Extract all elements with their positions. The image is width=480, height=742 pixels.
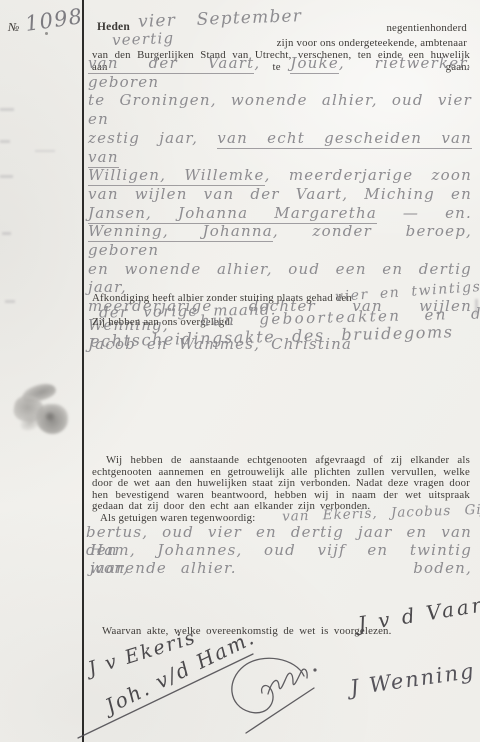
handwritten-text: — en. [377,204,472,222]
bleed-mark [2,232,11,235]
party-entry-line: te Groningen, wonende alhier, oud vier e… [88,91,472,128]
handwritten-text: Jouke [290,54,339,74]
year-printed: negentienhonderd [386,22,467,34]
signature-bride: J Wenning [349,659,477,700]
party-entry-line: Willigen, Willemke, meerderjarige zoon [88,166,472,185]
witnesses-handwritten-3: wonende alhier. [90,559,237,577]
ink-blot [12,382,72,444]
party-entry-line: Wenning, Johanna, zonder beroep, geboren [88,222,472,259]
official-signature-flourish [60,608,340,742]
bleed-mark [0,140,10,143]
party-entry-line: van der Vaart, Jouke, rietwerker, gebore… [88,54,472,91]
signature-groom: J v d Vaart [356,591,480,636]
handwritten-text: van wijlen van der Vaart, Miching en [88,185,472,203]
marriage-certificate-scan: № 1098 Heden vier September negentienhon… [0,0,480,742]
handwritten-text: zestig jaar, [88,129,217,147]
date-handwritten: vier September [138,6,303,32]
official-loop-scribble [232,658,317,713]
act-number-value: 1098 [24,4,85,36]
bleed-mark [0,108,14,111]
party-entry-line: Jansen, Johanna Margaretha — en. [88,204,472,223]
handwritten-text: te Groningen, wonende alhier, oud vier e… [88,91,472,128]
header-line2: zijn voor ons ondergeteekende, ambtenaar [277,37,467,49]
bleed-mark [5,300,15,303]
bleed-mark [0,175,13,178]
year-handwritten: veertig [112,29,175,49]
handwritten-text: Jansen, Johanna Margaretha [88,204,377,224]
flourish-underline-short [246,688,314,733]
flourish-underline-long [78,654,253,738]
party-entry-line: zestig jaar, van echt gescheiden van van [88,129,472,166]
act-number-label: № [8,20,20,35]
handwritten-text: van der Vaart [88,54,254,74]
handwritten-text: , [254,54,290,72]
party-entry-line: van wijlen van der Vaart, Miching en [88,185,472,204]
bleed-mark [35,150,55,152]
handwritten-text: , meerderjarige zoon [265,166,472,184]
handwritten-text: Wenning, Johanna [88,222,273,242]
handwritten-text: Willigen, Willemke [88,166,265,186]
